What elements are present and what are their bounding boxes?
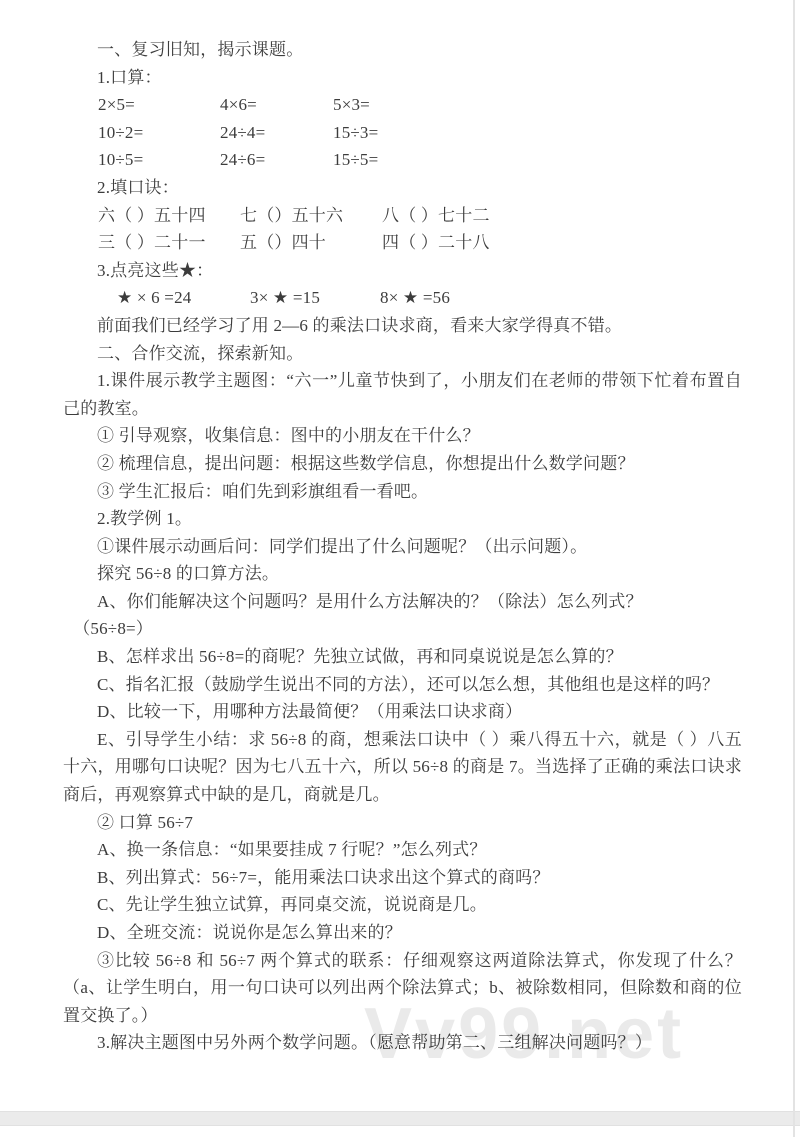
paragraph-guide-2: ② 梳理信息，提出问题：根据这些数学信息，你想提出什么数学问题？	[63, 450, 742, 478]
page-right-edge	[793, 0, 795, 1137]
section1-title: 一、复习旧知，揭示课题。	[63, 36, 742, 64]
fill-formula-row-2: 三（ ）二十一 五（）四十 四（ ）二十八	[63, 229, 742, 257]
math-expression: 24÷4=	[220, 119, 333, 147]
paragraph-step-a1: A、你们能解决这个问题吗？是用什么方法解决的？（除法）怎么列式？	[63, 588, 742, 616]
fill-formula-label: 2.填口诀：	[63, 174, 742, 202]
oral-math-row-2: 10÷2= 24÷4= 15÷3=	[63, 119, 742, 147]
star-exercise-row: ★ × 6 =24 3× ★ =15 8× ★ =56	[63, 284, 742, 312]
fill-formula-row-1: 六（ ）五十四 七（）五十六 八（ ）七十二	[63, 202, 742, 230]
star-exercise-label: 3.点亮这些★：	[63, 257, 742, 285]
formula-blank: 四（ ）二十八	[382, 229, 490, 257]
math-expression: 15÷5=	[333, 146, 378, 174]
math-expression: 4×6=	[220, 91, 333, 119]
oral-math-row-3: 10÷5= 24÷6= 15÷5=	[63, 146, 742, 174]
star-expression: ★ × 6 =24	[117, 284, 250, 312]
math-expression: 5×3=	[333, 91, 370, 119]
star-expression: 8× ★ =56	[380, 284, 450, 312]
paragraph-compare: ③比较 56÷8 和 56÷7 两个算式的联系：仔细观察这两道除法算式，你发现了…	[63, 947, 742, 1030]
paragraph-oral-56-7: ② 口算 56÷7	[63, 809, 742, 837]
section2-title: 二、合作交流，探索新知。	[63, 340, 742, 368]
oral-math-row-1: 2×5= 4×6= 5×3=	[63, 91, 742, 119]
paragraph-guide-3: ③ 学生汇报后：咱们先到彩旗组看一看吧。	[63, 478, 742, 506]
paragraph-step-e1: E、引导学生小结：求 56÷8 的商，想乘法口诀中（ ）乘八得五十六，就是（ ）…	[63, 726, 742, 809]
paragraph-theme-picture: 1.课件展示教学主题图：“六一”儿童节快到了，小朋友们在老师的带领下忙着布置自己…	[63, 367, 742, 422]
paragraph-step-a2: A、换一条信息：“如果要挂成 7 行呢？”怎么列式？	[63, 836, 742, 864]
math-expression: 24÷6=	[220, 146, 333, 174]
paragraph-step-b1: B、怎样求出 56÷8=的商呢？先独立试做，再和同桌说说是怎么算的？	[63, 643, 742, 671]
page-separator	[0, 1111, 800, 1126]
paragraph-step-d1: D、比较一下，用哪种方法最简便？（用乘法口诀求商）	[63, 698, 742, 726]
formula-blank: 五（）四十	[240, 229, 382, 257]
math-expression: 10÷5=	[98, 146, 220, 174]
paragraph-example1-question: ①课件展示动画后问：同学们提出了什么问题呢？（出示问题）。	[63, 533, 742, 561]
oral-math-label: 1.口算：	[63, 64, 742, 92]
section1-summary: 前面我们已经学习了用 2—6 的乘法口诀求商，看来大家学得真不错。	[63, 312, 742, 340]
document-content: 一、复习旧知，揭示课题。 1.口算： 2×5= 4×6= 5×3= 10÷2= …	[0, 0, 800, 1057]
star-expression: 3× ★ =15	[250, 284, 380, 312]
paragraph-solve-others: 3.解决主题图中另外两个数学问题。（愿意帮助第二、三组解决问题吗？）	[63, 1029, 742, 1057]
paragraph-guide-1: ① 引导观察，收集信息：图中的小朋友在干什么？	[63, 422, 742, 450]
paragraph-step-c2: C、先让学生独立试算，再同桌交流，说说商是几。	[63, 891, 742, 919]
paragraph-equation: （56÷8=）	[63, 615, 742, 643]
formula-blank: 六（ ）五十四	[98, 202, 240, 230]
formula-blank: 三（ ）二十一	[98, 229, 240, 257]
paragraph-step-c1: C、指名汇报（鼓励学生说出不同的方法），还可以怎么想，其他组也是这样的吗？	[63, 671, 742, 699]
math-expression: 15÷3=	[333, 119, 378, 147]
paragraph-step-d2: D、全班交流：说说你是怎么算出来的？	[63, 919, 742, 947]
formula-blank: 八（ ）七十二	[382, 202, 490, 230]
paragraph-example1-label: 2.教学例 1。	[63, 505, 742, 533]
math-expression: 10÷2=	[98, 119, 220, 147]
formula-blank: 七（）五十六	[240, 202, 382, 230]
paragraph-explore: 探究 56÷8 的口算方法。	[63, 560, 742, 588]
paragraph-step-b2: B、列出算式：56÷7=，能用乘法口诀求出这个算式的商吗？	[63, 864, 742, 892]
math-expression: 2×5=	[98, 91, 220, 119]
document-page: Vv99.net 一、复习旧知，揭示课题。 1.口算： 2×5= 4×6= 5×…	[0, 0, 800, 1137]
